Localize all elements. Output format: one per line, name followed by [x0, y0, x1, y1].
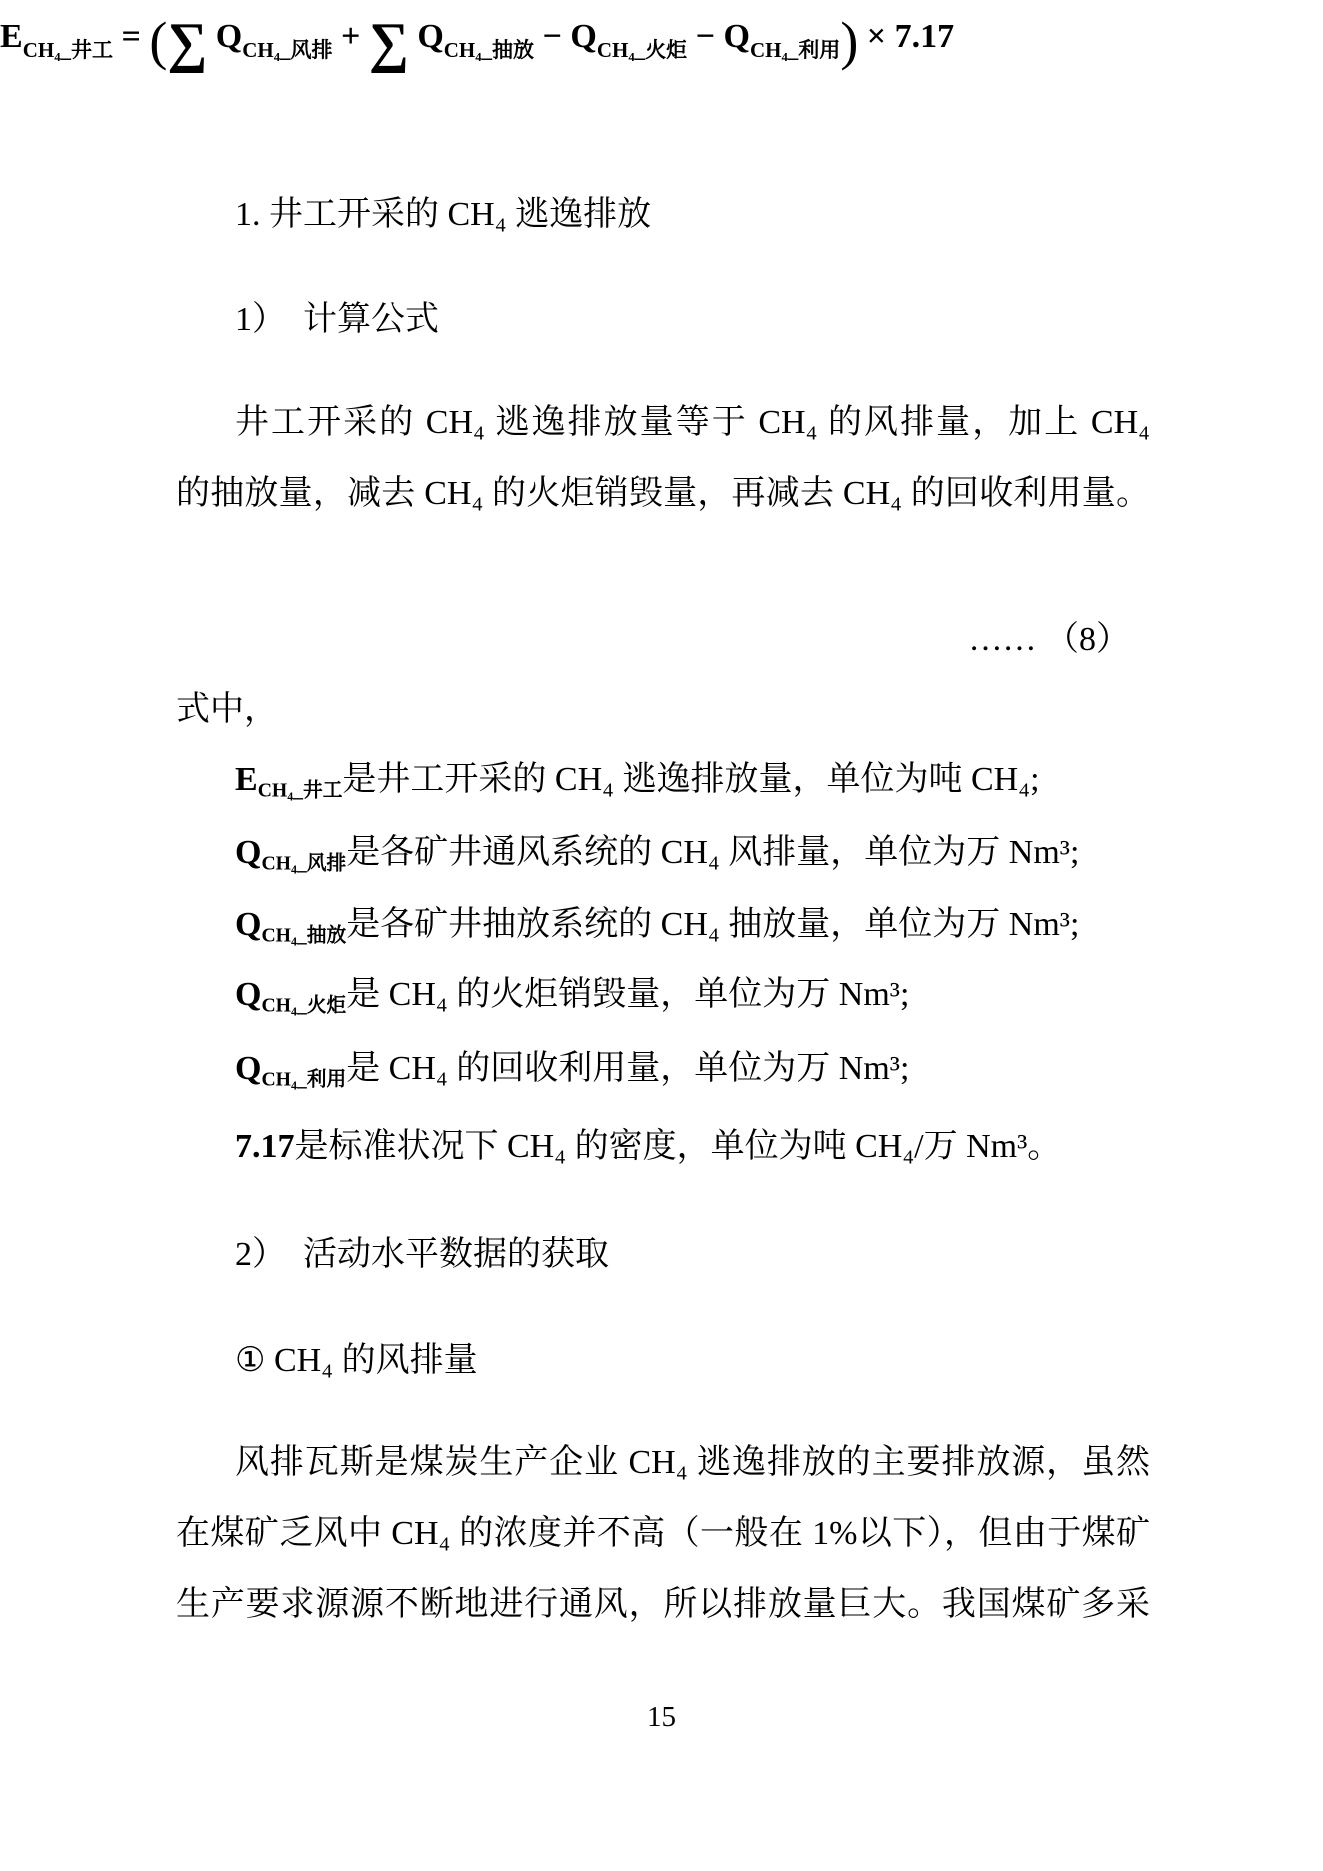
- definition-item: QCH₄_抽放是各矿井抽放系统的 CH₄ 抽放量，单位为万 Nm³;: [235, 900, 1079, 960]
- where-label: 式中，: [176, 687, 278, 733]
- formula-segment: CH₄_井工: [23, 38, 113, 62]
- formula-segment: ): [840, 11, 858, 71]
- document-page: 1. 井工开采的 CH₄ 逃逸排放 1） 计算公式 井工开采的 CH₄ 逃逸排放…: [0, 0, 1323, 1871]
- formula-segment: CH₄_利用: [261, 1068, 346, 1090]
- formula-segment: ∑: [167, 12, 207, 74]
- definition-item: ECH₄_井工是井工开采的 CH₄ 逃逸排放量，单位为吨 CH₄;: [235, 755, 1040, 815]
- formula-segment: − Q: [534, 18, 597, 55]
- formula-segment: × 7.17: [858, 18, 954, 55]
- definition-text: 是 CH₄ 的火炬销毁量，单位为万 Nm³;: [346, 976, 909, 1013]
- symbol-q-fengpai: QCH₄_风排: [235, 834, 346, 871]
- definition-item: QCH₄_风排是各矿井通风系统的 CH₄ 风排量，单位为万 Nm³;: [235, 828, 1079, 888]
- subheading-activity-data: 2） 活动水平数据的获取: [235, 1232, 609, 1278]
- formula-segment: +: [333, 18, 369, 55]
- definition-text: 是各矿井抽放系统的 CH₄ 抽放量，单位为万 Nm³;: [346, 906, 1079, 943]
- symbol-e-jinggong: ECH₄_井工: [235, 761, 342, 798]
- paragraph-line: 在煤矿乏风中 CH₄ 的浓度并不高（一般在 1%以下），但由于煤矿: [176, 1511, 1150, 1557]
- page-number: 15: [0, 1694, 1323, 1740]
- formula-segment: E: [0, 18, 23, 55]
- symbol-density-717: 7.17: [235, 1128, 295, 1165]
- symbol-q-huoju: QCH₄_火炬: [235, 976, 346, 1013]
- definition-text: 是标准状况下 CH₄ 的密度，单位为吨 CH₄/万 Nm³。: [295, 1128, 1062, 1165]
- formula-segment: Q: [235, 834, 261, 871]
- equation-8-formula: ECH₄_井工 = (∑ QCH₄_风排 + ∑ QCH₄_抽放 − QCH₄_…: [0, 0, 1323, 74]
- formula-segment: CH₄_风排: [242, 38, 332, 62]
- formula-segment: Q: [409, 18, 444, 55]
- definition-item: QCH₄_利用是 CH₄ 的回收利用量，单位为万 Nm³;: [235, 1044, 909, 1104]
- definition-text: 是各矿井通风系统的 CH₄ 风排量，单位为万 Nm³;: [346, 834, 1079, 871]
- paragraph-line: 生产要求源源不断地进行通风，所以排放量巨大。我国煤矿多采: [176, 1582, 1150, 1628]
- formula-segment: CH₄_抽放: [444, 38, 534, 62]
- paragraph-line: 风排瓦斯是煤炭生产企业 CH₄ 逃逸排放的主要排放源，虽然: [176, 1440, 1150, 1486]
- paragraph-line: 的抽放量，减去 CH₄ 的火炬销毁量，再减去 CH₄ 的回收利用量。: [176, 471, 1150, 517]
- formula-segment: CH₄_风排: [261, 852, 346, 874]
- formula-segment: CH₄_利用: [750, 38, 840, 62]
- symbol-q-liyong: QCH₄_利用: [235, 1050, 346, 1087]
- formula-segment: Q: [207, 18, 242, 55]
- formula-segment: CH₄_井工: [258, 779, 343, 801]
- formula-segment: CH₄_抽放: [261, 924, 346, 946]
- formula-segment: CH₄_火炬: [597, 38, 687, 62]
- formula-segment: Q: [235, 976, 261, 1013]
- definition-item: 7.17是标准状况下 CH₄ 的密度，单位为吨 CH₄/万 Nm³。: [235, 1122, 1061, 1172]
- formula-segment: Q: [235, 906, 261, 943]
- item-heading-ventilation-volume: ① CH₄ 的风排量: [235, 1338, 478, 1384]
- formula-segment: =: [113, 18, 149, 55]
- formula-segment: (: [149, 11, 167, 71]
- main-heading: 1. 井工开采的 CH₄ 逃逸排放: [235, 192, 651, 238]
- formula-segment: E: [235, 761, 258, 798]
- definition-text: 是 CH₄ 的回收利用量，单位为万 Nm³;: [346, 1050, 909, 1087]
- symbol-q-choufang: QCH₄_抽放: [235, 906, 346, 943]
- definition-item: QCH₄_火炬是 CH₄ 的火炬销毁量，单位为万 Nm³;: [235, 970, 909, 1030]
- formula-segment: Q: [235, 1050, 261, 1087]
- equation-number: …… （8）: [176, 617, 1150, 663]
- subheading-calculation-formula: 1） 计算公式: [235, 297, 439, 343]
- definition-text: 是井工开采的 CH₄ 逃逸排放量，单位为吨 CH₄;: [342, 761, 1039, 798]
- formula-segment: CH₄_火炬: [261, 994, 346, 1016]
- formula-segment: − Q: [687, 18, 750, 55]
- paragraph-line: 井工开采的 CH₄ 逃逸排放量等于 CH₄ 的风排量，加上 CH₄: [176, 400, 1150, 446]
- formula-segment: ∑: [369, 12, 409, 74]
- formula-segment: 7.17: [235, 1128, 295, 1165]
